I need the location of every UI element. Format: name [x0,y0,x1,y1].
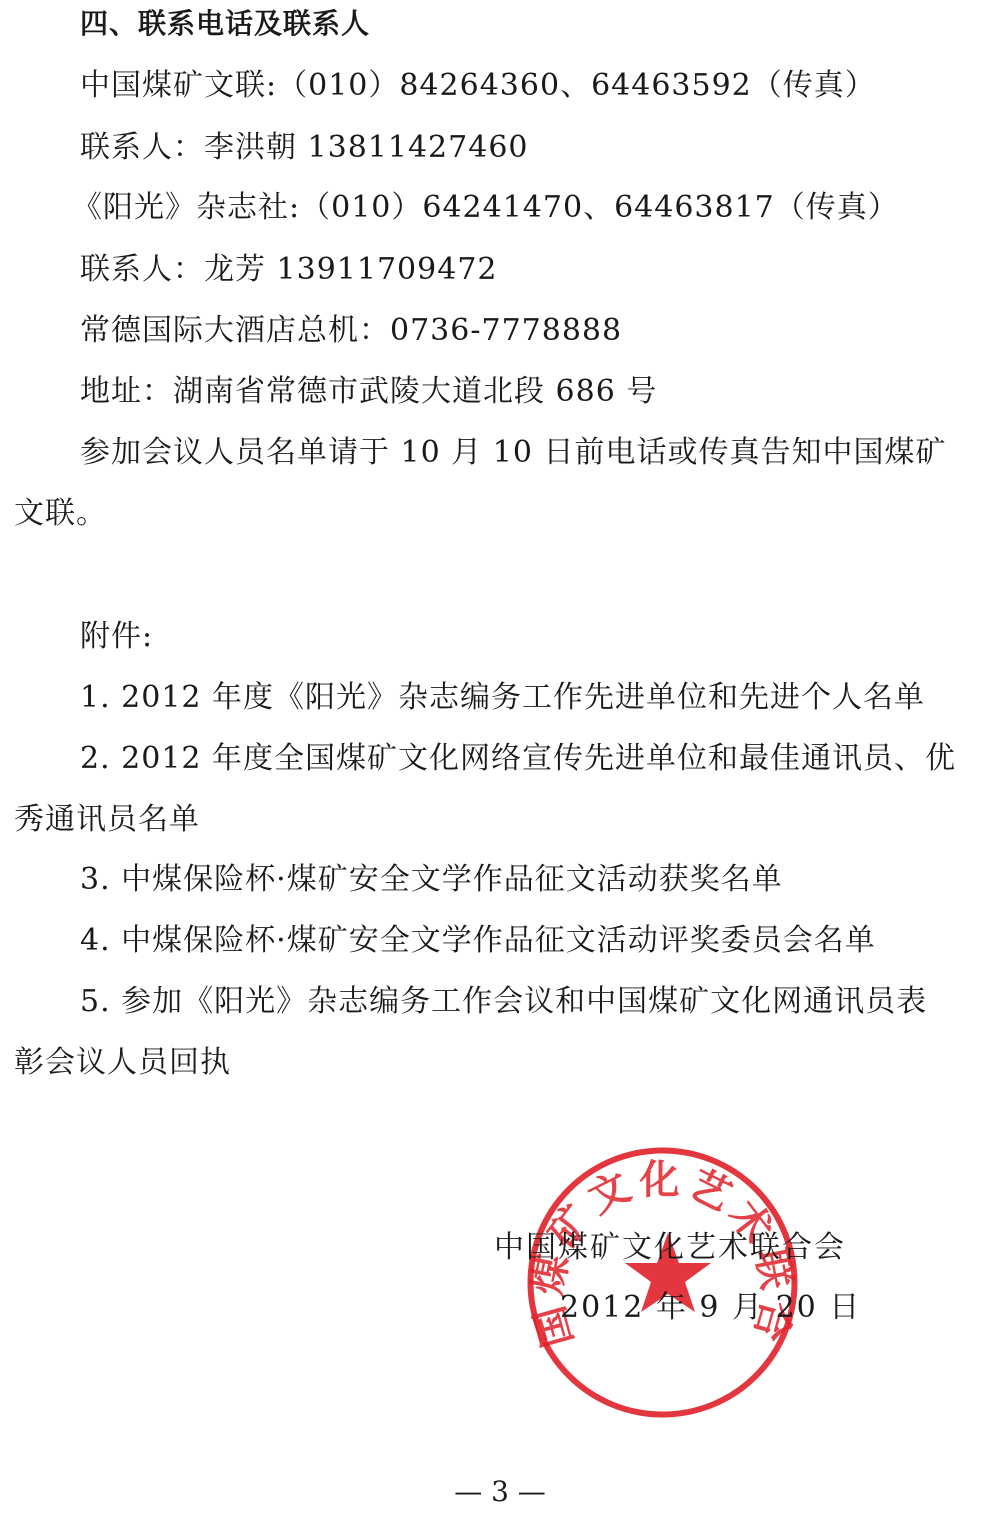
magazine-phone: 《阳光》杂志社:（010）64241470、64463817（传真） [72,188,899,228]
federation-phone: 中国煤矿文联:（010）84264360、64463592（传真） [80,66,876,106]
hotel-phone: 常德国际大酒店总机：0736-7778888 [80,311,622,351]
federation-contact: 联系人：李洪朝 13811427460 [80,128,529,168]
attachment-item: 1. 2012 年度《阳光》杂志编务工作先进单位和先进个人名单 [80,678,925,718]
section-heading: 四、联系电话及联系人 [80,4,370,44]
signature-organization: 中国煤矿文化艺术联合会 [494,1228,846,1268]
signature-date: 2012 年 9 月 20 日 [560,1288,861,1328]
attachment-item: 5. 参加《阳光》杂志编务工作会议和中国煤矿文化网通讯员表 [80,982,927,1022]
official-seal-stamp: 中国煤矿文化艺术联合会 [525,1145,800,1420]
attachment-item-continued: 秀通讯员名单 [14,800,200,840]
address: 地址：湖南省常德市武陵大道北段 686 号 [80,372,657,412]
attachment-item: 4. 中煤保险杯·煤矿安全文学作品征文活动评奖委员会名单 [80,921,876,961]
magazine-contact: 联系人：龙芳 13911709472 [80,250,498,290]
seal-icon: 中国煤矿文化艺术联合会 [525,1145,800,1420]
attachments-label: 附件: [80,617,153,657]
notice-line-1: 参加会议人员名单请于 10 月 10 日前电话或传真告知中国煤矿 [80,433,947,473]
page-number: — 3 — [0,1476,1000,1508]
attachment-item: 2. 2012 年度全国煤矿文化网络宣传先进单位和最佳通讯员、优 [80,739,956,779]
attachment-item: 3. 中煤保险杯·煤矿安全文学作品征文活动获奖名单 [80,860,783,900]
attachment-item-continued: 彰会议人员回执 [14,1043,231,1083]
notice-line-2: 文联。 [14,494,107,534]
